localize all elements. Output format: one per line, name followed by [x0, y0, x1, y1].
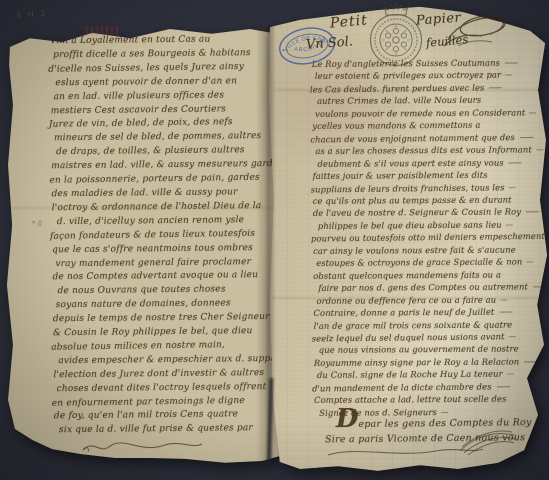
- manuscript-line: an en lad. ville plusieurs offices des: [53, 88, 285, 104]
- manuscript-line: soyans nature de domaines, donnees: [56, 297, 288, 313]
- signature-flourish-icon: [80, 437, 205, 457]
- left-page-text: Vim a Loyallement en tout Cas auproffit …: [50, 33, 286, 439]
- left-page-paper: Vim a Loyallement en tout Cas auproffit …: [5, 25, 279, 465]
- crowned-tax-seal: [366, 2, 426, 68]
- tax-note-petit: Petit: [329, 12, 368, 31]
- pencil-shelfmark: 3 H 2: [16, 9, 48, 20]
- manuscript-line: estoupes & octroyons de grace Specialle …: [316, 255, 549, 269]
- manuscript-line: façon fondateurs & de tous lieux toutesf…: [50, 227, 282, 244]
- right-page-text: Le Roy d'angleterre les Suisses Coutuman…: [312, 56, 549, 419]
- manuscript-scan: Vim a Loyallement en tout Cas auproffit …: [0, 0, 549, 480]
- top-paraph-flourish-icon: [438, 6, 514, 52]
- manuscript-line: ordonne ou deffence fera ce ou a faire a…: [316, 293, 549, 307]
- margin-mark: * 8: [32, 220, 42, 228]
- red-stamp-fragment: [86, 26, 120, 35]
- manuscript-line: supplians de leurs droits franchises, to…: [311, 180, 549, 195]
- manuscript-line: deubment & s'il vous apert este ainsy vo…: [317, 156, 549, 170]
- manuscript-line: de draps, de toilles, & plusieurs aultre…: [56, 144, 288, 160]
- manuscript-line: en enfournement par tesmoings le digne: [52, 394, 284, 411]
- manuscript-line: que nous vinsions au gouvernement de nos…: [319, 343, 549, 357]
- manuscript-line: avides empescher & empeschier aux d. sup…: [58, 353, 290, 369]
- paraph-scribble-icon: [456, 427, 520, 457]
- left-page: Vim a Loyallement en tout Cas auproffit …: [5, 25, 279, 465]
- manuscript-line: six que la d. ville fut prise & questes …: [59, 422, 291, 438]
- right-page-paper: Le Roy d'angleterre les Suisses Coutuman…: [266, 5, 549, 475]
- manuscript-line: d'un mandement de la dicte chambre des: [312, 379, 549, 394]
- manuscript-line: voulons pouvoir de remede nous en Consid…: [315, 106, 549, 120]
- manuscript-line: vray mandement general faire proclamer: [55, 255, 287, 271]
- right-page: Le Roy d'angleterre les Suisses Coutuman…: [266, 5, 549, 475]
